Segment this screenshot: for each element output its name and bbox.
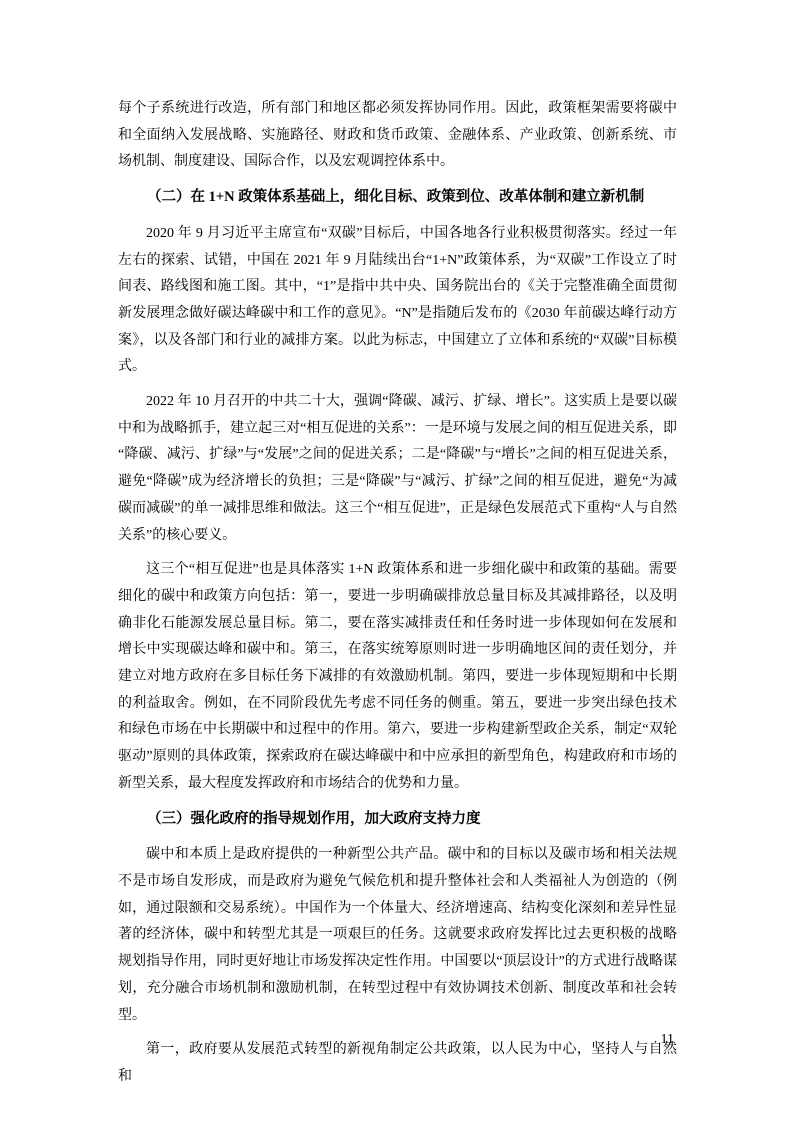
paragraph: 每个子系统进行改造，所有部门和地区都必须发挥协同作用。因此，政策框架需要将碳中和… bbox=[118, 96, 677, 176]
document-page: 每个子系统进行改造，所有部门和地区都必须发挥协同作用。因此，政策框架需要将碳中和… bbox=[0, 0, 793, 1122]
paragraph: 这三个“相互促进”也是具体落实 1+N 政策体系和进一步细化碳中和政策的基础。需… bbox=[118, 557, 677, 797]
page-number: 11 bbox=[118, 1031, 674, 1049]
page-body: 每个子系统进行改造，所有部门和地区都必须发挥协同作用。因此，政策框架需要将碳中和… bbox=[118, 96, 677, 1099]
section-heading: （二）在 1+N 政策体系基础上，细化目标、政策到位、改革体制和建立新机制 bbox=[118, 184, 677, 211]
paragraph: 2022 年 10 月召开的中共二十大，强调“降碳、减污、扩绿、增长”。这实质上… bbox=[118, 389, 677, 549]
paragraph: 2020 年 9 月习近平主席宣布“双碳”目标后，中国各地各行业积极贯彻落实。经… bbox=[118, 221, 677, 381]
paragraph: 碳中和本质上是政府提供的一种新型公共产品。碳中和的目标以及碳市场和相关法规不是市… bbox=[118, 842, 677, 1029]
section-heading: （三）强化政府的指导规划作用，加大政府支持力度 bbox=[118, 806, 677, 833]
